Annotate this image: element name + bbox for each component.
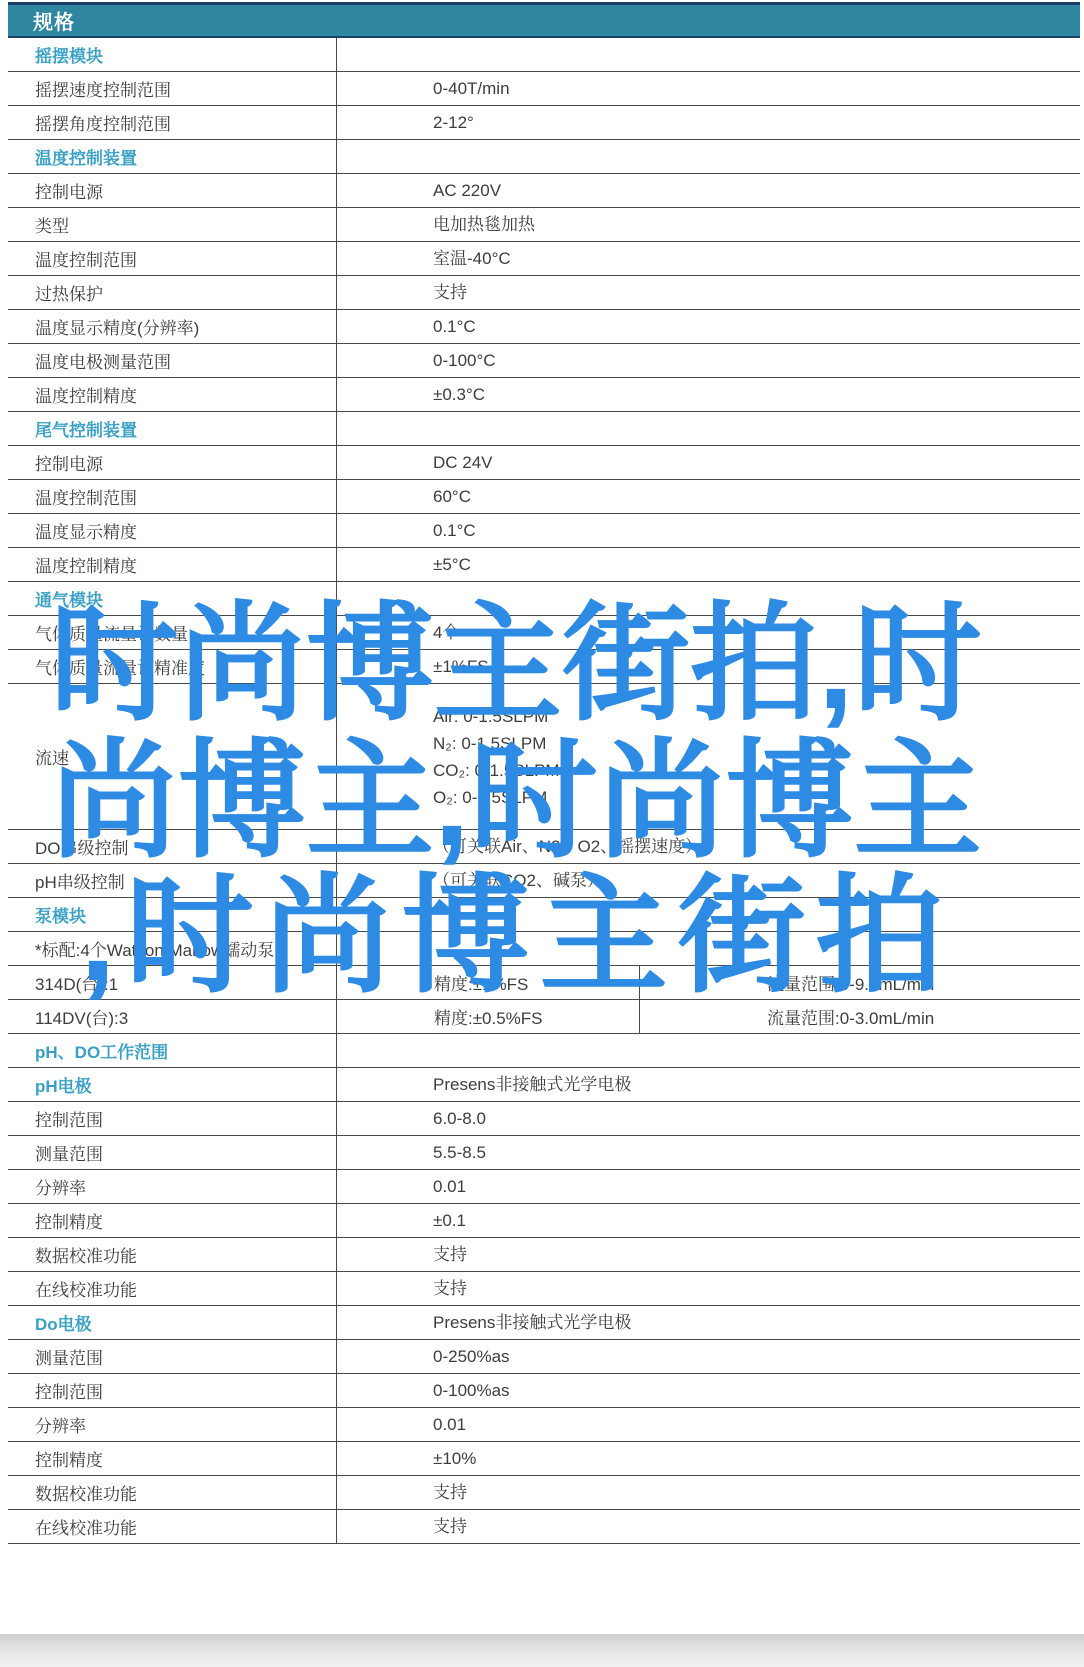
row-label-cell: 控制范围 xyxy=(8,1374,337,1407)
row-label: 分辨率 xyxy=(35,1174,86,1199)
data-row: 控制范围6.0-8.0 xyxy=(8,1102,1080,1136)
row-label-cell: 温度控制精度 xyxy=(8,378,337,411)
row-value: ±10% xyxy=(337,1442,1080,1475)
row-label: 数据校准功能 xyxy=(35,1242,137,1267)
row-label: 数据校准功能 xyxy=(35,1480,137,1505)
row-label-cell: 温度显示精度 xyxy=(8,514,337,547)
data-row: 在线校准功能支持 xyxy=(8,1510,1080,1544)
row-value: 0-250%as xyxy=(337,1340,1080,1373)
row-value xyxy=(337,1034,1080,1067)
row-label: 类型 xyxy=(35,212,69,237)
data-row: 分辨率0.01 xyxy=(8,1170,1080,1204)
note-row: *标配:4个Watson Marlow蠕动泵 xyxy=(8,932,1080,966)
pump-cell-0: 114DV(台):3 xyxy=(8,1000,337,1033)
row-label: 测量范围 xyxy=(35,1344,103,1369)
row-label-cell: 尾气控制装置 xyxy=(8,412,337,445)
data-row: 控制范围0-100%as xyxy=(8,1374,1080,1408)
data-row: 温度控制范围室温-40°C xyxy=(8,242,1080,276)
data-row: 温度显示精度0.1°C xyxy=(8,514,1080,548)
row-value: 0.1°C xyxy=(337,514,1080,547)
row-label: 通气模块 xyxy=(35,586,103,611)
row-label-cell: pH电极 xyxy=(8,1068,337,1101)
row-label-cell: 流速 xyxy=(8,684,337,829)
row-label-cell: 温度控制精度 xyxy=(8,548,337,581)
row-label-cell: 分辨率 xyxy=(8,1170,337,1203)
data-row: 类型电加热毯加热 xyxy=(8,208,1080,242)
row-value: 支持 xyxy=(337,1272,1080,1305)
row-label: 温度电极测量范围 xyxy=(35,348,171,373)
spec-page: 规格 摇摆模块摇摆速度控制范围0-40T/min摇摆角度控制范围2-12°温度控… xyxy=(0,0,1084,1667)
row-value: 0-40T/min xyxy=(337,72,1080,105)
row-value: （可关联Air、N2、O2、摇摆速度） xyxy=(337,830,1080,863)
data-row: 控制电源AC 220V xyxy=(8,174,1080,208)
row-label: pH、DO工作范围 xyxy=(35,1038,168,1063)
pump-cell-2: 流量范围:0-3.0mL/min xyxy=(640,1000,1080,1033)
row-value: Presens非接触式光学电极 xyxy=(337,1068,1080,1101)
row-label-cell: *标配:4个Watson Marlow蠕动泵 xyxy=(8,932,337,965)
row-value: Air: 0-1.5SLPMN₂: 0-1.5SLPMCO₂: 0-1.5SLP… xyxy=(337,684,1080,829)
section-row: 通气模块 xyxy=(8,582,1080,616)
row-label-cell: pH、DO工作范围 xyxy=(8,1034,337,1067)
row-label: 流速 xyxy=(35,744,69,769)
row-label-cell: 分辨率 xyxy=(8,1408,337,1441)
row-label: 分辨率 xyxy=(35,1412,86,1437)
row-label-cell: 温度控制范围 xyxy=(8,242,337,275)
section-row: 泵模块 xyxy=(8,898,1080,932)
row-label: 控制精度 xyxy=(35,1446,103,1471)
data-row: 气体质量流量计数量4个 xyxy=(8,616,1080,650)
row-value: 0.1°C xyxy=(337,310,1080,343)
row-label-cell: 控制精度 xyxy=(8,1442,337,1475)
row-label-cell: 过热保护 xyxy=(8,276,337,309)
row-label: DO串级控制 xyxy=(35,834,129,859)
row-value: 室温-40°C xyxy=(337,242,1080,275)
table-header: 规格 xyxy=(8,5,1080,38)
row-label-cell: 温度控制装置 xyxy=(8,140,337,173)
row-label: 尾气控制装置 xyxy=(35,416,137,441)
row-label: pH电极 xyxy=(35,1072,92,1097)
row-label: 过热保护 xyxy=(35,280,103,305)
row-value-line: O₂: 0-1.5SLPM xyxy=(433,784,547,811)
row-label: *标配:4个Watson Marlow蠕动泵 xyxy=(35,936,274,961)
row-label: 温度控制范围 xyxy=(35,484,137,509)
row-value-line: Air: 0-1.5SLPM xyxy=(433,703,548,730)
data-row: 温度控制精度±5°C xyxy=(8,548,1080,582)
data-row: 摇摆角度控制范围2-12° xyxy=(8,106,1080,140)
section-row: pH、DO工作范围 xyxy=(8,1034,1080,1068)
data-row: 控制精度±10% xyxy=(8,1442,1080,1476)
row-label: 泵模块 xyxy=(35,902,86,927)
row-label: 测量范围 xyxy=(35,1140,103,1165)
section_value-row: Do电极Presens非接触式光学电极 xyxy=(8,1306,1080,1340)
table-body: 摇摆模块摇摆速度控制范围0-40T/min摇摆角度控制范围2-12°温度控制装置… xyxy=(8,38,1080,1544)
row-value: 支持 xyxy=(337,1510,1080,1543)
section-row: 尾气控制装置 xyxy=(8,412,1080,446)
row-value: AC 220V xyxy=(337,174,1080,207)
section-row: 温度控制装置 xyxy=(8,140,1080,174)
row-value: 支持 xyxy=(337,1476,1080,1509)
row-value: 60°C xyxy=(337,480,1080,513)
row-label-cell: pH串级控制 xyxy=(8,864,337,897)
row-label-cell: 数据校准功能 xyxy=(8,1476,337,1509)
data-row: 温度控制范围60°C xyxy=(8,480,1080,514)
pump-cell-0: 314D(台):1 xyxy=(8,966,337,999)
row-label: 控制范围 xyxy=(35,1106,103,1131)
row-label-cell: 控制电源 xyxy=(8,446,337,479)
row-label-cell: 控制电源 xyxy=(8,174,337,207)
row-label-cell: 温度控制范围 xyxy=(8,480,337,513)
row-label: 气体质量流量计精准度 xyxy=(35,654,205,679)
row-value: 支持 xyxy=(337,276,1080,309)
data-row: 摇摆速度控制范围0-40T/min xyxy=(8,72,1080,106)
row-value xyxy=(337,140,1080,173)
section_value-row: pH电极Presens非接触式光学电极 xyxy=(8,1068,1080,1102)
row-value: 0-100°C xyxy=(337,344,1080,377)
bottom-gradient-band xyxy=(0,1634,1084,1667)
row-label: 在线校准功能 xyxy=(35,1276,137,1301)
row-value: ±0.1 xyxy=(337,1204,1080,1237)
pump-cell-1: 精度:±0.5%FS xyxy=(337,1000,640,1033)
section-row: 摇摆模块 xyxy=(8,38,1080,72)
data-row: 过热保护支持 xyxy=(8,276,1080,310)
row-label-cell: 数据校准功能 xyxy=(8,1238,337,1271)
data-row: 测量范围0-250%as xyxy=(8,1340,1080,1374)
row-value: 0-100%as xyxy=(337,1374,1080,1407)
row-label-cell: 在线校准功能 xyxy=(8,1510,337,1543)
data-row: 数据校准功能支持 xyxy=(8,1476,1080,1510)
row-value: ±5°C xyxy=(337,548,1080,581)
row-label: 温度显示精度 xyxy=(35,518,137,543)
pump-row: 114DV(台):3精度:±0.5%FS流量范围:0-3.0mL/min xyxy=(8,1000,1080,1034)
pump-row: 314D(台):1精度:±1%FS流量范围:0-9.0mL/min xyxy=(8,966,1080,1000)
row-label-cell: 控制精度 xyxy=(8,1204,337,1237)
row-label: 摇摆模块 xyxy=(35,42,103,67)
row-value: Presens非接触式光学电极 xyxy=(337,1306,1080,1339)
table-title: 规格 xyxy=(33,6,75,35)
row-label-cell: 温度显示精度(分辨率) xyxy=(8,310,337,343)
row-label-cell: 类型 xyxy=(8,208,337,241)
row-value xyxy=(337,412,1080,445)
row-value: ±1%FS xyxy=(337,650,1080,683)
data-row: pH串级控制（可关联CO2、碱泵） xyxy=(8,864,1080,898)
row-value xyxy=(337,898,1080,931)
row-label: 控制电源 xyxy=(35,450,103,475)
pump-cell-1: 精度:±1%FS xyxy=(337,966,640,999)
data-row: 温度显示精度(分辨率)0.1°C xyxy=(8,310,1080,344)
data-row: 流速Air: 0-1.5SLPMN₂: 0-1.5SLPMCO₂: 0-1.5S… xyxy=(8,684,1080,830)
row-value: 0.01 xyxy=(337,1170,1080,1203)
data-row: 控制精度±0.1 xyxy=(8,1204,1080,1238)
row-label-cell: 温度电极测量范围 xyxy=(8,344,337,377)
row-label-cell: Do电极 xyxy=(8,1306,337,1339)
row-label: 温度控制精度 xyxy=(35,382,137,407)
row-value: DC 24V xyxy=(337,446,1080,479)
row-value: 2-12° xyxy=(337,106,1080,139)
row-label-cell: 测量范围 xyxy=(8,1136,337,1169)
row-label: 摇摆角度控制范围 xyxy=(35,110,171,135)
row-label: 温度控制范围 xyxy=(35,246,137,271)
row-value: 0.01 xyxy=(337,1408,1080,1441)
row-label: 控制电源 xyxy=(35,178,103,203)
row-value: 电加热毯加热 xyxy=(337,208,1080,241)
row-label-cell: 摇摆速度控制范围 xyxy=(8,72,337,105)
row-label: 温度控制装置 xyxy=(35,144,137,169)
row-value: 6.0-8.0 xyxy=(337,1102,1080,1135)
data-row: 气体质量流量计精准度±1%FS xyxy=(8,650,1080,684)
data-row: 分辨率0.01 xyxy=(8,1408,1080,1442)
row-label: Do电极 xyxy=(35,1310,92,1335)
row-value-line: N₂: 0-1.5SLPM xyxy=(433,730,546,757)
row-value: ±0.3°C xyxy=(337,378,1080,411)
row-value xyxy=(337,582,1080,615)
row-value: （可关联CO2、碱泵） xyxy=(337,864,1080,897)
row-label-cell: DO串级控制 xyxy=(8,830,337,863)
data-row: 温度控制精度±0.3°C xyxy=(8,378,1080,412)
row-label-cell: 摇摆模块 xyxy=(8,38,337,71)
row-value xyxy=(337,932,1080,965)
row-label-cell: 通气模块 xyxy=(8,582,337,615)
row-label-cell: 测量范围 xyxy=(8,1340,337,1373)
data-row: 测量范围5.5-8.5 xyxy=(8,1136,1080,1170)
row-label-cell: 气体质量流量计数量 xyxy=(8,616,337,649)
row-label: 控制范围 xyxy=(35,1378,103,1403)
data-row: 控制电源DC 24V xyxy=(8,446,1080,480)
data-row: 温度电极测量范围0-100°C xyxy=(8,344,1080,378)
row-label-cell: 气体质量流量计精准度 xyxy=(8,650,337,683)
row-label: 温度控制精度 xyxy=(35,552,137,577)
row-value: 4个 xyxy=(337,616,1080,649)
row-label: 控制精度 xyxy=(35,1208,103,1233)
data-row: 在线校准功能支持 xyxy=(8,1272,1080,1306)
row-label: 温度显示精度(分辨率) xyxy=(35,314,199,339)
row-label: 在线校准功能 xyxy=(35,1514,137,1539)
row-label: pH串级控制 xyxy=(35,868,125,893)
row-label: 气体质量流量计数量 xyxy=(35,620,188,645)
data-row: DO串级控制（可关联Air、N2、O2、摇摆速度） xyxy=(8,830,1080,864)
row-value: 5.5-8.5 xyxy=(337,1136,1080,1169)
row-label-cell: 泵模块 xyxy=(8,898,337,931)
spec-table: 规格 摇摆模块摇摆速度控制范围0-40T/min摇摆角度控制范围2-12°温度控… xyxy=(8,2,1080,1544)
row-value-line: CO₂: 0-1.5SLPM xyxy=(433,757,560,784)
row-label-cell: 摇摆角度控制范围 xyxy=(8,106,337,139)
data-row: 数据校准功能支持 xyxy=(8,1238,1080,1272)
row-label-cell: 控制范围 xyxy=(8,1102,337,1135)
row-value xyxy=(337,38,1080,71)
row-value: 支持 xyxy=(337,1238,1080,1271)
row-label: 摇摆速度控制范围 xyxy=(35,76,171,101)
pump-cell-2: 流量范围:0-9.0mL/min xyxy=(640,966,1080,999)
row-label-cell: 在线校准功能 xyxy=(8,1272,337,1305)
